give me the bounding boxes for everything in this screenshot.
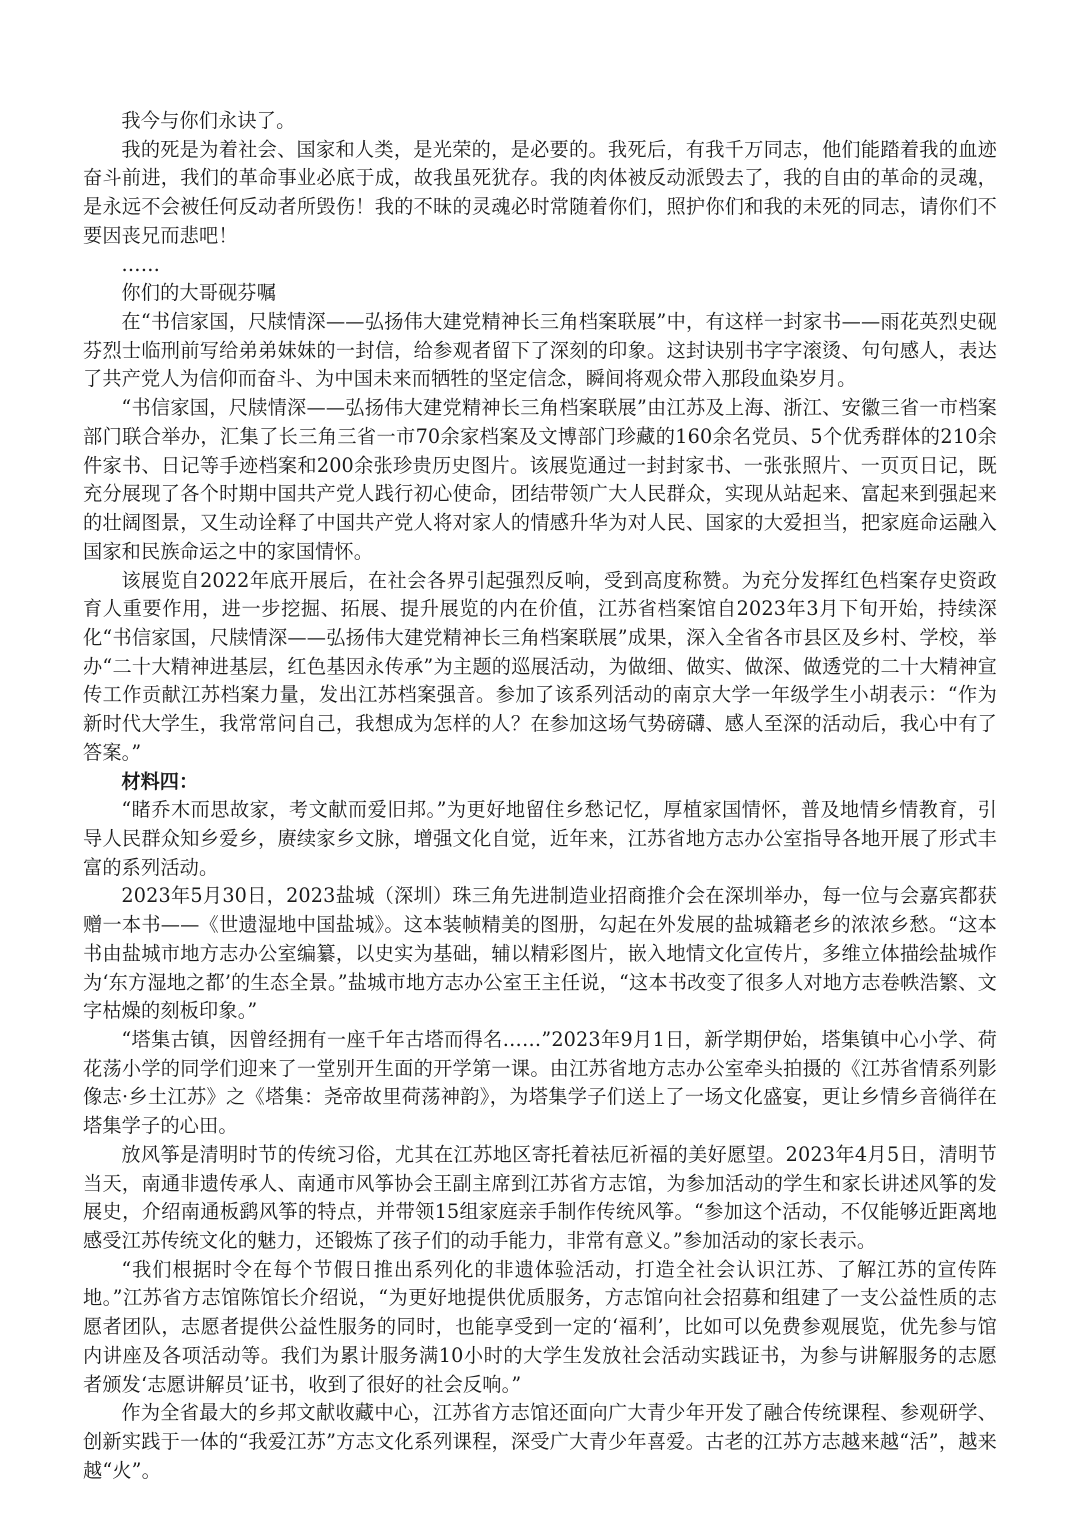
paragraph-taji-town: “塔集古镇，因曾经拥有一座千年古塔而得名……”2023年9月1日，新学期伊始，塔… <box>83 1026 997 1141</box>
paragraph-local-chronicles-intro: “睹乔木而思故家，考文献而爱旧邦。”为更好地留住乡愁记忆，厚植家国情怀，普及地情… <box>83 796 997 882</box>
paragraph-letter-body: 我的死是为着社会、国家和人类，是光荣的，是必要的。我死后，有我千万同志，他们能踏… <box>83 136 997 251</box>
paragraph-exhibition-letter: 在“书信家国，尺牍情深——弘扬伟大建党精神长三角档案联展”中，有这样一封家书——… <box>83 308 997 394</box>
paragraph-exhibition-overview: “书信家国，尺牍情深——弘扬伟大建党精神长三角档案联展”由江苏及上海、浙江、安徽… <box>83 394 997 566</box>
paragraph-farewell: 我今与你们永诀了。 <box>83 107 997 136</box>
paragraph-kite-flying: 放风筝是清明时节的传统习俗，尤其在江苏地区寄托着祛厄祈福的美好愿望。2023年4… <box>83 1141 997 1256</box>
paragraph-volunteer-team: “我们根据时令在每个节假日推出系列化的非遗体验活动，打造全社会认识江苏、了解江苏… <box>83 1256 997 1400</box>
paragraph-exhibition-tour: 该展览自2022年底开展后，在社会各界引起强烈反响，受到高度称赞。为充分发挥红色… <box>83 567 997 768</box>
paragraph-youth-courses: 作为全省最大的乡邦文献收藏中心，江苏省方志馆还面向广大青少年开发了融合传统课程、… <box>83 1399 997 1485</box>
section-heading-material-four: 材料四： <box>83 768 997 797</box>
paragraph-yancheng-book: 2023年5月30日，2023盐城（深圳）珠三角先进制造业招商推介会在深圳举办，… <box>83 882 997 1026</box>
document-page: 我今与你们永诀了。 我的死是为着社会、国家和人类，是光荣的，是必要的。我死后，有… <box>83 107 997 1486</box>
paragraph-ellipsis: …… <box>83 251 997 280</box>
paragraph-signature: 你们的大哥砚芬嘱 <box>83 279 997 308</box>
